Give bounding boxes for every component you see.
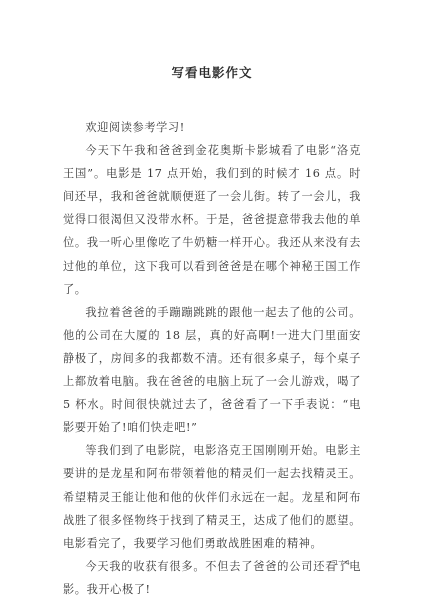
page-number: 1 / 4 xyxy=(334,559,350,567)
paragraph-intro: 欢迎阅读参考学习! xyxy=(63,116,361,139)
document-title: 写看电影作文 xyxy=(0,63,424,81)
paragraph-1: 今天下午我和爸爸到金花奥斯卡影城看了电影“洛克王国”。电影是 17 点开始，我们… xyxy=(63,139,361,301)
paragraph-2: 我拉着爸爸的手蹦蹦跳跳的跟他一起去了他的公司。他的公司在大厦的 18 层，真的好… xyxy=(63,301,361,440)
document-body: 欢迎阅读参考学习! 今天下午我和爸爸到金花奥斯卡影城看了电影“洛克王国”。电影是… xyxy=(63,116,361,600)
paragraph-3: 等我们到了电影院，电影洛克王国刚刚开始。电影主要讲的是龙星和阿布带领着他的精灵们… xyxy=(63,439,361,554)
paragraph-4: 今天我的收获有很多。不但去了爸爸的公司还看了电影。我开心极了! xyxy=(63,555,361,600)
